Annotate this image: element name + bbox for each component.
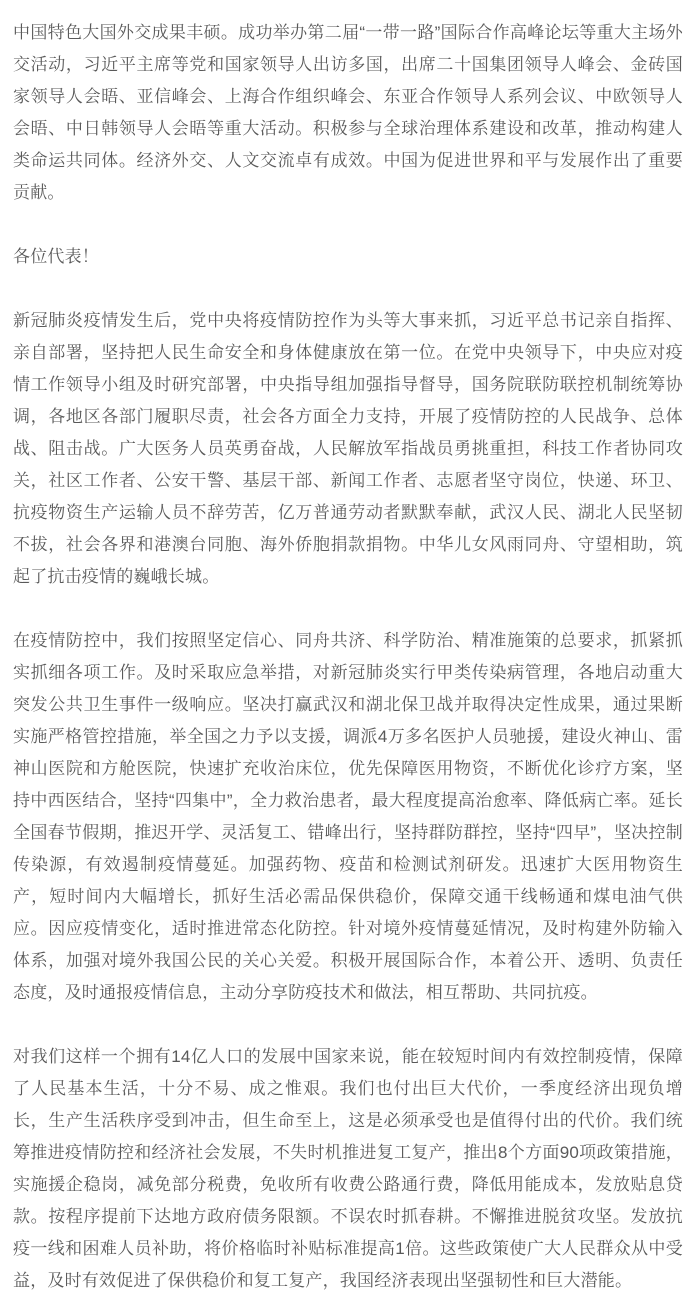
paragraph-economic-impact-policies: 对我们这样一个拥有14亿人口的发展中国家来说，能在较短时间内有效控制疫情，保障了… [13, 1041, 683, 1297]
paragraph-epidemic-control-measures: 在疫情防控中，我们按照坚定信心、同舟共济、科学防治、精准施策的总要求，抓紧抓实抓… [13, 625, 683, 1009]
paragraph-diplomacy-achievements: 中国特色大国外交成果丰硕。成功举办第二届“一带一路”国际合作高峰论坛等重大主场外… [13, 17, 683, 209]
document-page: 中国特色大国外交成果丰硕。成功举办第二届“一带一路”国际合作高峰论坛等重大主场外… [0, 0, 697, 1315]
paragraph-epidemic-response-mobilization: 新冠肺炎疫情发生后，党中央将疫情防控作为头等大事来抓，习近平总书记亲自指挥、亲自… [13, 305, 683, 593]
paragraph-salutation-delegates: 各位代表！ [13, 241, 683, 273]
